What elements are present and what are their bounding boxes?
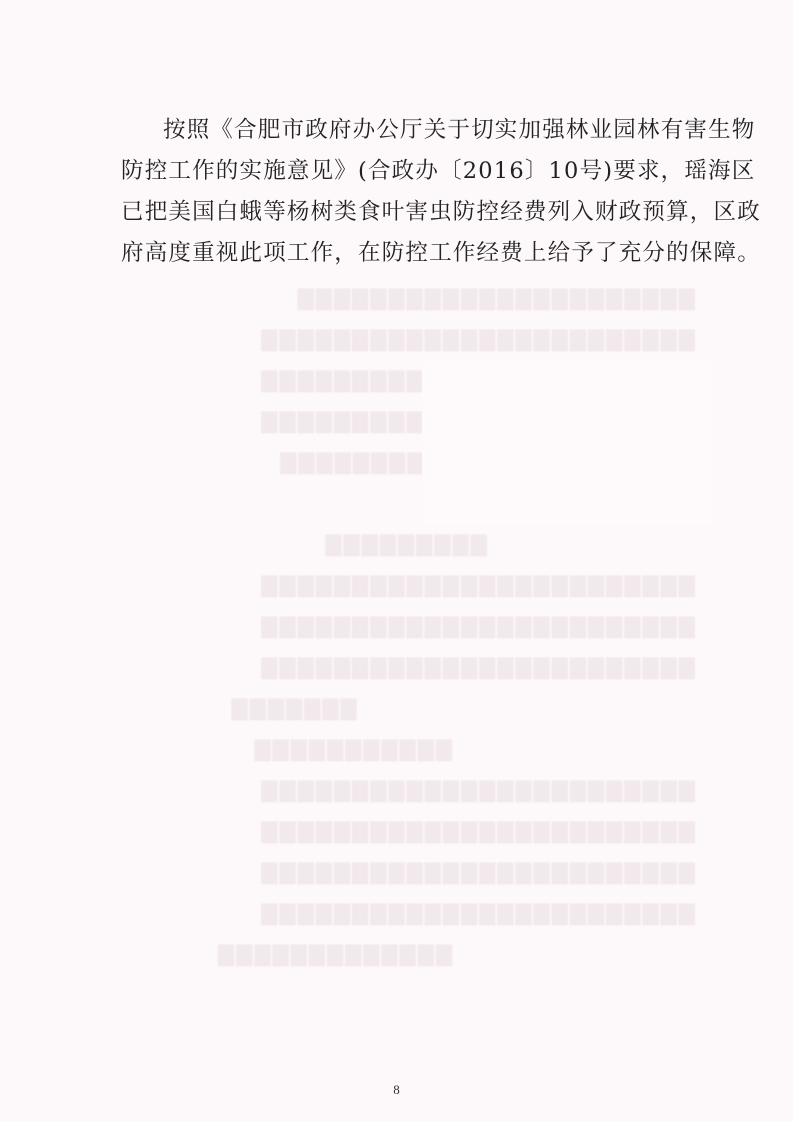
bleed-line: ▇▇▇▇▇▇▇▇▇▇▇ [95,729,695,770]
document-page: ▇▇▇▇▇▇▇▇▇▇▇▇▇▇▇▇▇▇▇▇▇▇ ▇▇▇▇▇▇▇▇▇▇▇▇▇▇▇▇▇… [0,0,793,1122]
bleed-line: ▇▇▇▇▇▇▇▇▇▇▇▇▇▇▇▇▇▇▇▇▇▇▇▇ [95,893,695,934]
bleed-line: ▇▇▇▇▇▇▇▇▇▇▇▇▇▇▇▇▇▇▇▇▇▇▇▇ [95,770,695,811]
bleed-line: ▇▇▇▇▇▇▇▇▇ [95,524,695,565]
body-paragraph: 按照《合肥市政府办公厅关于切实加强林业园林有害生物 防控工作的实施意见》(合政办… [121,110,696,274]
paragraph-line: 防控工作的实施意见》(合政办〔2016〕10号)要求，瑶海区 [121,151,696,192]
paragraph-line: 已把美国白蛾等杨树类食叶害虫防控经费列入财政预算，区政 [121,192,696,233]
bleed-line: ▇▇▇▇▇▇▇▇▇▇▇▇▇▇▇▇▇▇▇▇▇▇▇▇ [95,606,695,647]
bleed-line: ▇▇▇▇▇▇▇ [95,688,695,729]
page-number: 8 [0,1082,793,1098]
bleed-line: ▇▇▇▇▇▇▇▇▇▇▇▇▇▇▇▇▇▇▇▇▇▇▇▇ [95,319,695,360]
bleed-line: ▇▇▇▇▇▇▇▇▇▇▇▇▇▇▇▇▇▇▇▇▇▇▇▇ [95,647,695,688]
paragraph-line: 府高度重视此项工作，在防控工作经费上给予了充分的保障。 [121,233,696,274]
bleed-line: ▇▇▇▇▇▇▇▇▇▇▇▇▇▇▇▇▇▇▇▇▇▇ [95,278,695,319]
bleed-line: ▇▇▇▇▇▇▇▇▇▇▇▇▇▇▇▇▇▇▇▇▇▇▇▇ [95,565,695,606]
bleed-line: ▇▇▇▇▇▇▇▇▇▇▇▇▇▇▇▇▇▇▇▇▇▇▇▇ [95,811,695,852]
bleed-line: ▇▇▇▇▇▇▇▇▇▇▇▇▇▇▇▇▇▇▇▇▇▇▇▇ [95,852,695,893]
blank-area [422,360,712,525]
paragraph-line: 按照《合肥市政府办公厅关于切实加强林业园林有害生物 [121,110,696,151]
bleed-line: ▇▇▇▇▇▇▇▇▇▇▇▇▇ [95,934,695,975]
